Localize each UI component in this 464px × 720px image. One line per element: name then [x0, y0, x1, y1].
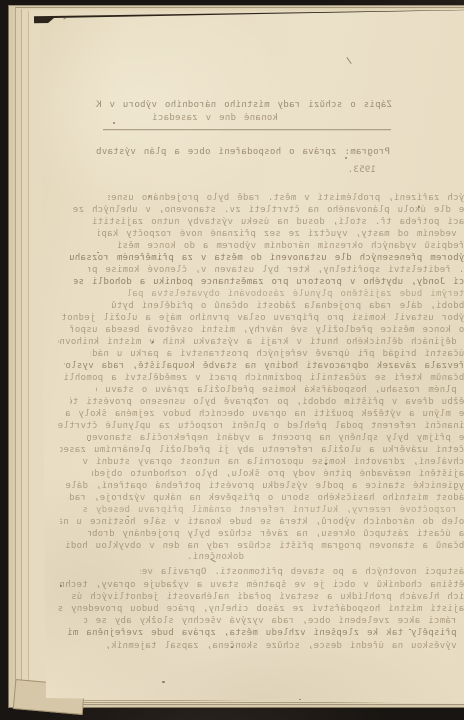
paper-speck: [299, 699, 301, 700]
paper-speck: [346, 57, 351, 64]
paper-speck: [152, 341, 154, 343]
paper-speck: [127, 516, 129, 517]
paper-speck-layer: [0, 0, 464, 712]
paper-speck: [88, 440, 90, 441]
paper-speck: [113, 122, 115, 124]
paper-speck: [162, 681, 165, 683]
paper-speck: [97, 252, 99, 253]
paper-speck: [325, 463, 327, 465]
paper-speck: [255, 398, 258, 400]
document-page: Zápis o schůzi rady místního národního v…: [0, 0, 464, 712]
paper-speck: [418, 206, 420, 208]
scanned-document-photo: Zápis o schůzi rady místního národního v…: [0, 0, 464, 720]
paper-speck: [345, 157, 347, 159]
paper-speck: [409, 629, 411, 630]
paper-speck: [148, 195, 151, 198]
paper-speck: [231, 646, 233, 648]
paper-speck: [210, 559, 216, 563]
paper-speck: [60, 585, 62, 587]
